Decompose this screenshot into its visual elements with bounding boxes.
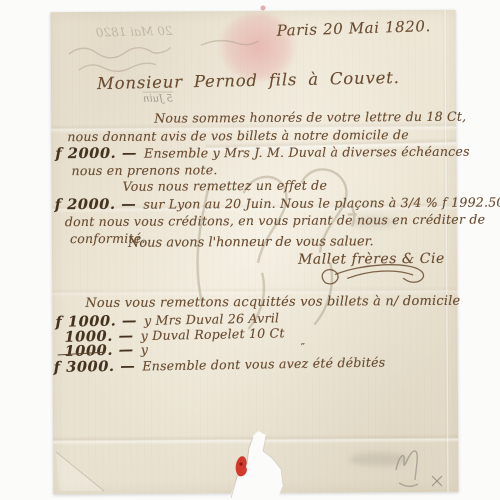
body-text: Nous sommes honorés de votre lettre du 1…: [154, 109, 466, 126]
letter-body-line: Nous sommes honorés de votre lettre du 1…: [147, 108, 466, 127]
closing-line: Nous avons l'honneur de vous saluer.: [128, 234, 374, 251]
body-text: Vous nous remettez un effet de: [123, 178, 328, 194]
scanned-letter-image: 20 Mai 1820 5 Juin Paris 20 Mai 1820. Mo…: [0, 0, 500, 500]
body-text: nous donnant avis de vos billets à notre…: [67, 127, 409, 144]
letter-body-line: dont nous vous créditons, en vous priant…: [58, 211, 486, 231]
letter-body-line: f 2000. —Ensemble y Mrs J. M. Duval à di…: [55, 143, 469, 163]
letter-paper: 20 Mai 1820 5 Juin Paris 20 Mai 1820. Mo…: [51, 10, 459, 494]
body-text: dont nous vous créditons, en vous priant…: [65, 212, 486, 230]
letter-body-line: nous donnant avis de vos billets à notre…: [60, 126, 409, 145]
settlement-text: y Duval Ropelet 10 Ct: [141, 325, 285, 343]
settlement-text: y: [141, 342, 149, 357]
seal-tip-showthrough: [261, 6, 266, 11]
amount: f 3000. —: [54, 358, 136, 376]
amount: f 2000. —: [55, 145, 137, 162]
body-text: sur Lyon au 20 Juin. Nous le plaçons à 3…: [143, 194, 500, 211]
amount: f 2000. —: [55, 196, 137, 213]
body-text: nous en prenons note.: [71, 162, 217, 178]
letter-body-line: Vous nous remettez un effet de: [116, 177, 328, 195]
paraph-flourish: [317, 260, 432, 293]
body-text: Ensemble y Mrs J. M. Duval à diverses éc…: [144, 144, 470, 161]
settlement-text: Ensemble dont vous avez été débités: [142, 354, 385, 373]
